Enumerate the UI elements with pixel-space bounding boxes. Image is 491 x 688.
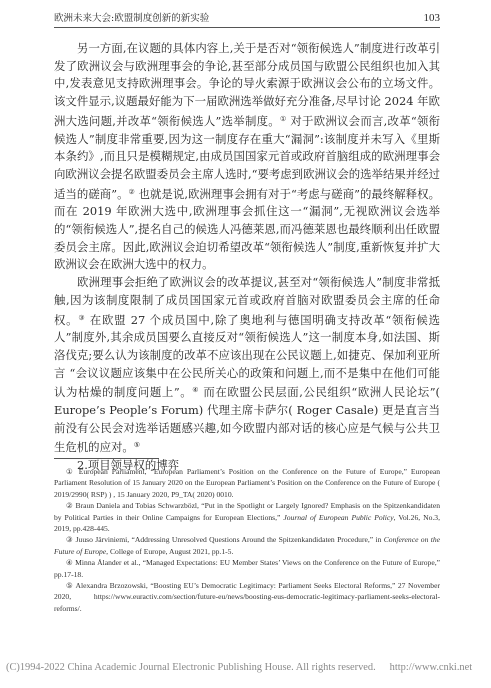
main-text: 另一方面,在议题的具体内容上,关于是否对“领衔候选人”制度进行改革引发了欧洲议会… [54,40,440,475]
paragraph-1: 另一方面,在议题的具体内容上,关于是否对“领衔候选人”制度进行改革引发了欧洲议会… [54,40,440,274]
footnote-1: ① European Parliament, “European Parliam… [54,466,440,500]
copyright-footer: (C)1994-2022 China Academic Journal Elec… [6,662,486,673]
footnotes: ① European Parliament, “European Parliam… [54,466,440,614]
footnote-2: ② Braun Daniela and Tobias Schwarzbözl, … [54,500,440,534]
footnote-4: ④ Minna Ålander et al., “Managed Expecta… [54,557,440,580]
paragraph-2: 欧洲理事会拒绝了欧洲议会的改革提议,甚至对“领衔候选人”制度非常抵触,因为该制度… [54,274,440,457]
footnote-ref-1[interactable]: ① [280,115,287,123]
footnote-5: ⑤ Alexandra Brzozowski, “Boosting EU’s D… [54,580,440,614]
footnote-3: ③ Juuso Järviniemi, “Addressing Unresolv… [54,534,440,557]
running-title: 欧洲未来大会:欧盟制度创新的新实验 [54,10,209,24]
page-number: 103 [424,12,441,24]
footnote-ref-5[interactable]: ⑤ [134,441,140,449]
running-header: 欧洲未来大会:欧盟制度创新的新实验 103 [54,8,440,28]
footnote-divider [54,458,159,459]
copyright-text: (C)1994-2022 China Academic Journal Elec… [6,662,376,673]
cnki-link[interactable]: http://www.cnki.net [390,662,472,673]
